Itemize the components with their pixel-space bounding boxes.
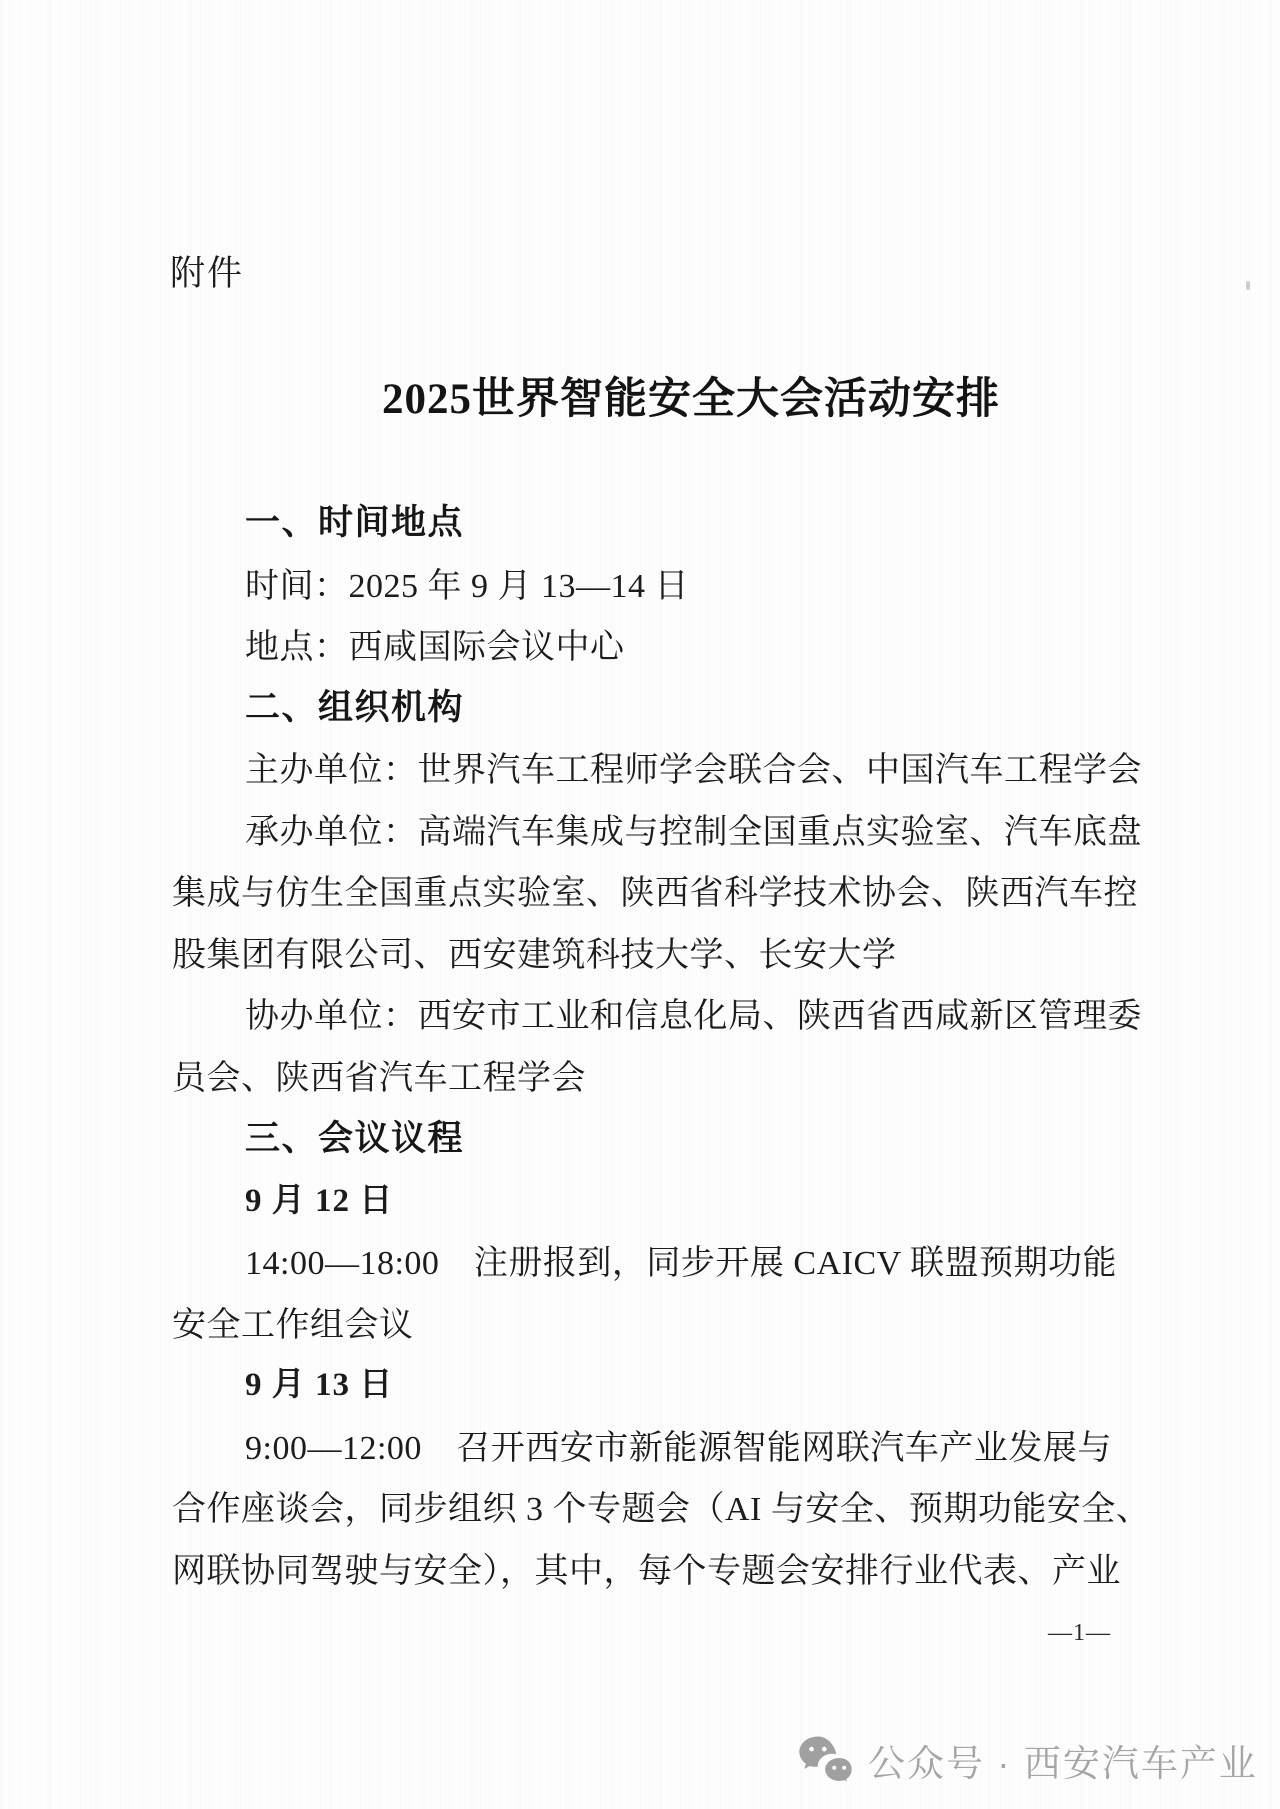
- section-heading-agenda: 三、会议议程: [245, 1111, 464, 1161]
- scan-artifact: [1246, 281, 1250, 290]
- doc-line-undertaker-1: 承办单位：高端汽车集成与控制全国重点实验室、汽车底盘: [245, 804, 1142, 853]
- section-heading-time-place: 一、时间地点: [245, 495, 464, 545]
- section-heading-organizers: 二、组织机构: [245, 680, 464, 730]
- doc-date-sep13: 9 月 13 日: [245, 1358, 393, 1405]
- doc-line-host: 主办单位：世界汽车工程师学会联合会、中国汽车工程学会: [245, 742, 1142, 791]
- doc-line-undertaker-3: 股集团有限公司、西安建筑科技大学、长安大学: [172, 927, 897, 976]
- doc-line-sep13-agenda-3: 网联协同驾驶与安全），其中，每个专题会安排行业代表、产业: [172, 1543, 1121, 1592]
- doc-line-sep13-agenda-2: 合作座谈会，同步组织 3 个专题会（AI 与安全、预期功能安全、: [172, 1481, 1150, 1530]
- document-title: 2025世界智能安全大会活动安排: [382, 365, 1000, 426]
- wechat-icon: [798, 1734, 856, 1786]
- watermark: 公众号 · 西安汽车产业: [798, 1733, 1258, 1787]
- doc-line-time: 时间：2025 年 9 月 13—14 日: [245, 558, 689, 607]
- doc-line-place: 地点：西咸国际会议中心: [245, 619, 625, 668]
- doc-line-sep12-agenda-2: 安全工作组会议: [172, 1297, 414, 1346]
- scanned-document-page: 附件 2025世界智能安全大会活动安排 一、时间地点 时间：2025 年 9 月…: [0, 0, 1280, 1809]
- doc-line-coorganizer-1: 协办单位：西安市工业和信息化局、陕西省西咸新区管理委: [245, 988, 1142, 1037]
- attachment-label: 附件: [170, 246, 244, 296]
- page-number: —1—: [1048, 1620, 1111, 1647]
- doc-line-coorganizer-2: 员会、陕西省汽车工程学会: [172, 1050, 586, 1099]
- doc-line-sep12-agenda-1: 14:00—18:00 注册报到，同步开展 CAICV 联盟预期功能: [245, 1235, 1117, 1284]
- doc-date-sep12: 9 月 12 日: [245, 1174, 393, 1221]
- doc-line-undertaker-2: 集成与仿生全国重点实验室、陕西省科学技术协会、陕西汽车控: [172, 865, 1138, 914]
- watermark-text: 公众号 · 西安汽车产业: [868, 1733, 1258, 1787]
- doc-line-sep13-agenda-1: 9:00—12:00 召开西安市新能源智能网联汽车产业发展与: [245, 1420, 1112, 1469]
